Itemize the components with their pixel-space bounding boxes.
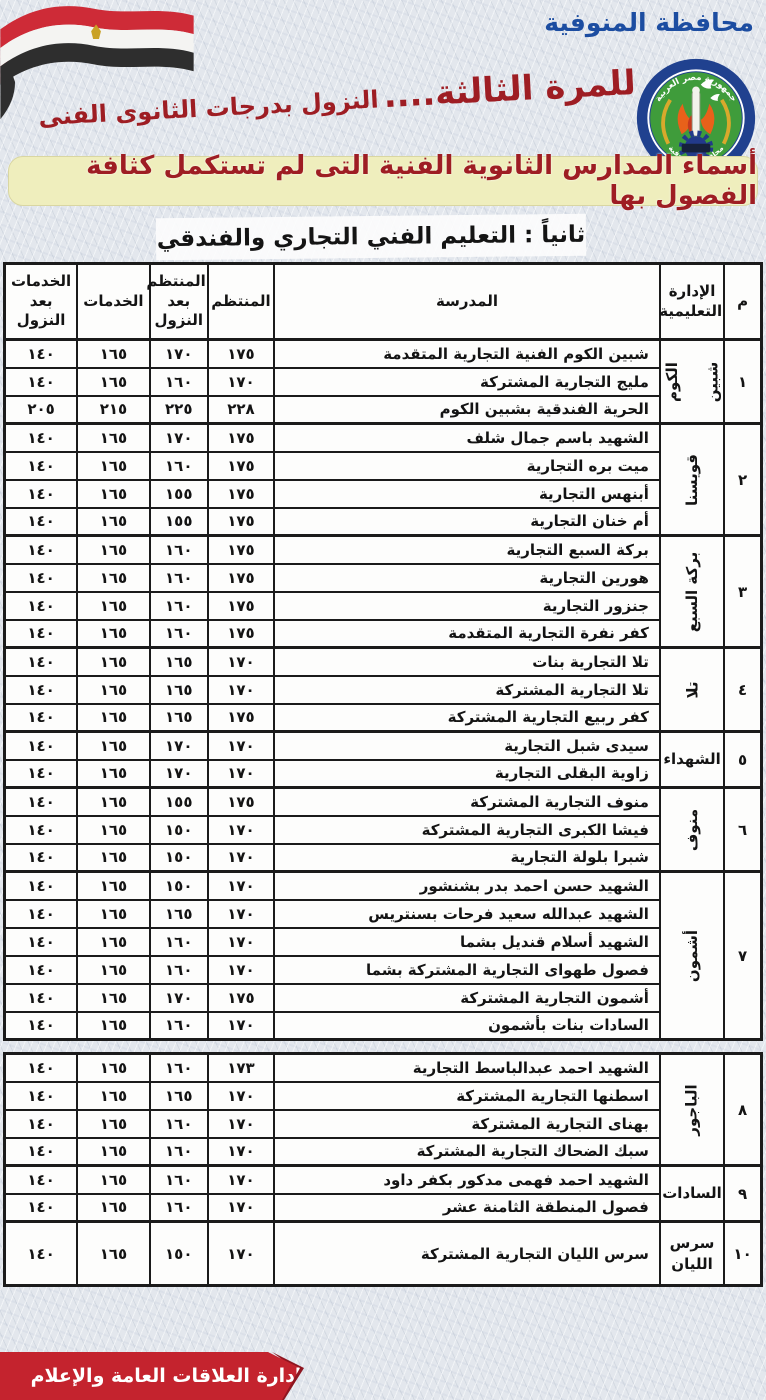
headline-main: للمرة الثالثة....	[382, 63, 636, 116]
schools-table-block-1: م الإدارة التعليمية المدرسة المنتظم المن…	[3, 262, 763, 1041]
table-row: فصول المنطقة الثامنة عشر١٧٠١٦٠١٦٥١٤٠	[5, 1194, 762, 1222]
services-after-cell: ١٤٠	[5, 648, 78, 676]
services-cell: ١٦٥	[77, 452, 150, 480]
regular-cell: ١٧٥	[208, 788, 274, 816]
admin-label: الباجور	[661, 1055, 723, 1164]
admin-label: منوف	[661, 789, 723, 870]
regular-after-cell: ١٦٥	[150, 704, 208, 732]
regular-after-cell: ١٦٠	[150, 1110, 208, 1138]
table-row: كفر نفرة التجارية المتقدمة١٧٥١٦٠١٦٥١٤٠	[5, 620, 762, 648]
services-after-cell: ١٤٠	[5, 1110, 78, 1138]
school-cell: سيدى شبل التجارية	[274, 732, 660, 760]
row-number-cell: ٢	[724, 424, 761, 536]
regular-after-cell: ١٦٠	[150, 452, 208, 480]
regular-cell: ١٧٥	[208, 704, 274, 732]
services-cell: ١٦٥	[77, 704, 150, 732]
regular-after-cell: ١٥٠	[150, 844, 208, 872]
regular-cell: ١٧٠	[208, 676, 274, 704]
regular-after-cell: ١٦٠	[150, 1194, 208, 1222]
services-cell: ١٦٥	[77, 1054, 150, 1082]
services-after-cell: ١٤٠	[5, 1222, 78, 1286]
table-row: شبرا بلولة التجارية١٧٠١٥٠١٦٥١٤٠	[5, 844, 762, 872]
regular-cell: ١٧٠	[208, 816, 274, 844]
admin-label-text: الباجور	[683, 1084, 701, 1135]
admin-label: سرسالليان	[661, 1223, 723, 1284]
regular-cell: ١٧٥	[208, 508, 274, 536]
services-cell: ١٦٥	[77, 424, 150, 452]
services-after-cell: ١٤٠	[5, 984, 78, 1012]
services-after-cell: ١٤٠	[5, 620, 78, 648]
schools-tables: م الإدارة التعليمية المدرسة المنتظم المن…	[3, 262, 763, 1287]
row-number-cell: ٦	[724, 788, 761, 872]
services-cell: ١٦٥	[77, 1082, 150, 1110]
table-row: ٩الساداتالشهيد احمد فهمى مدكور بكفر داود…	[5, 1166, 762, 1194]
schools-table-block-2: ٨الباجورالشهيد احمد عبدالباسط التجارية١٧…	[3, 1052, 763, 1287]
regular-after-cell: ١٦٥	[150, 676, 208, 704]
school-cell: الشهيد حسن احمد بدر بشنشور	[274, 872, 660, 900]
regular-cell: ١٧٥	[208, 984, 274, 1012]
table-row: أم خنان التجارية١٧٥١٥٥١٦٥١٤٠	[5, 508, 762, 536]
school-cell: بهناى التجارية المشتركة	[274, 1110, 660, 1138]
regular-after-cell: ١٦٥	[150, 900, 208, 928]
table-row: هورين التجارية١٧٥١٦٠١٦٥١٤٠	[5, 564, 762, 592]
table-header-row: م الإدارة التعليمية المدرسة المنتظم المن…	[5, 264, 762, 340]
admin-label: قويسنا	[661, 425, 723, 534]
regular-cell: ١٧٥	[208, 620, 274, 648]
admin-cell: السادات	[660, 1166, 724, 1222]
regular-after-cell: ١٦٠	[150, 368, 208, 396]
school-cell: الشهيد أسلام قنديل بشما	[274, 928, 660, 956]
row-number-cell: ٥	[724, 732, 761, 788]
admin-label-text: الكوم	[663, 362, 681, 402]
admin-label-line: الباجور	[666, 1101, 717, 1119]
services-cell: ١٦٥	[77, 872, 150, 900]
row-number-cell: ٨	[724, 1054, 761, 1166]
school-cell: أشمون التجارية المشتركة	[274, 984, 660, 1012]
regular-after-cell: ١٦٠	[150, 564, 208, 592]
services-after-cell: ١٤٠	[5, 1194, 78, 1222]
table-row: ١٠سرسالليانسرس الليان التجارية المشتركة١…	[5, 1222, 762, 1286]
headline-sub: النزول بدرجات الثانوى الفنى	[38, 85, 380, 131]
table-row: مليج التجارية المشتركة١٧٠١٦٠١٦٥١٤٠	[5, 368, 762, 396]
services-after-cell: ١٤٠	[5, 1012, 78, 1040]
services-cell: ١٦٥	[77, 1194, 150, 1222]
regular-cell: ٢٢٨	[208, 396, 274, 424]
regular-after-cell: ١٥٠	[150, 872, 208, 900]
regular-cell: ١٧٠	[208, 732, 274, 760]
regular-cell: ١٧٠	[208, 928, 274, 956]
regular-cell: ١٧٠	[208, 1166, 274, 1194]
table-row: تلا التجارية المشتركة١٧٠١٦٥١٦٥١٤٠	[5, 676, 762, 704]
services-after-cell: ١٤٠	[5, 844, 78, 872]
regular-cell: ١٧٠	[208, 872, 274, 900]
section-title: ثانياً : التعليم الفني التجاري والفندقي	[156, 214, 586, 261]
services-cell: ١٦٥	[77, 984, 150, 1012]
admin-label-line: أشمون	[666, 947, 718, 965]
regular-cell: ١٧٥	[208, 340, 274, 368]
services-after-cell: ٢٠٥	[5, 396, 78, 424]
regular-after-cell: ١٥٠	[150, 1222, 208, 1286]
school-cell: جنزور التجارية	[274, 592, 660, 620]
services-cell: ١٦٥	[77, 564, 150, 592]
admin-label-line: بركة السبع	[652, 583, 732, 601]
services-after-cell: ١٤٠	[5, 368, 78, 396]
admin-label-line: قويسنا	[666, 471, 718, 489]
services-after-cell: ١٤٠	[5, 1166, 78, 1194]
school-cell: الشهيد احمد عبدالباسط التجارية	[274, 1054, 660, 1082]
school-cell: تلا التجارية بنات	[274, 648, 660, 676]
services-cell: ١٦٥	[77, 1138, 150, 1166]
regular-after-cell: ١٦٠	[150, 1166, 208, 1194]
services-after-cell: ١٤٠	[5, 704, 78, 732]
regular-after-cell: ١٦٠	[150, 956, 208, 984]
services-after-cell: ١٤٠	[5, 732, 78, 760]
services-after-cell: ١٤٠	[5, 480, 78, 508]
table-row: الشهيد أسلام قنديل بشما١٧٠١٦٠١٦٥١٤٠	[5, 928, 762, 956]
table-row: ٨الباجورالشهيد احمد عبدالباسط التجارية١٧…	[5, 1054, 762, 1082]
services-cell: ١٦٥	[77, 676, 150, 704]
regular-after-cell: ١٧٠	[150, 424, 208, 452]
school-cell: كفر ربيع التجارية المشتركة	[274, 704, 660, 732]
header-regular: المنتظم	[208, 264, 274, 340]
admin-label: شبينالكوم	[661, 341, 723, 422]
regular-after-cell: ١٥٥	[150, 480, 208, 508]
services-after-cell: ١٤٠	[5, 452, 78, 480]
services-after-cell: ١٤٠	[5, 956, 78, 984]
services-cell: ١٦٥	[77, 1110, 150, 1138]
banner: أسماء المدارس الثانوية الفنية التى لم تس…	[8, 156, 758, 206]
table-row: بهناى التجارية المشتركة١٧٠١٦٠١٦٥١٤٠	[5, 1110, 762, 1138]
services-after-cell: ١٤٠	[5, 816, 78, 844]
regular-after-cell: ١٥٥	[150, 788, 208, 816]
regular-after-cell: ١٥٠	[150, 816, 208, 844]
school-cell: فيشا الكبرى التجارية المشتركة	[274, 816, 660, 844]
services-cell: ١٦٥	[77, 1222, 150, 1286]
regular-cell: ١٧٥	[208, 536, 274, 564]
regular-cell: ١٧٣	[208, 1054, 274, 1082]
admin-label-text: أشمون	[683, 929, 701, 981]
services-cell: ١٦٥	[77, 1166, 150, 1194]
services-after-cell: ١٤٠	[5, 928, 78, 956]
admin-cell: شبينالكوم	[660, 340, 724, 424]
services-cell: ١٦٥	[77, 620, 150, 648]
regular-cell: ١٧٠	[208, 1082, 274, 1110]
admin-label-text: تلا	[683, 681, 701, 698]
regular-after-cell: ٢٢٥	[150, 396, 208, 424]
admin-label-line: سرس	[670, 1233, 715, 1253]
regular-after-cell: ١٧٠	[150, 984, 208, 1012]
admin-label: بركة السبع	[661, 537, 723, 646]
table-row: الحرية الفندقية بشبين الكوم٢٢٨٢٢٥٢١٥٢٠٥	[5, 396, 762, 424]
regular-cell: ١٧٥	[208, 480, 274, 508]
regular-cell: ١٧٠	[208, 1194, 274, 1222]
school-cell: الشهيد باسم جمال شلف	[274, 424, 660, 452]
regular-after-cell: ١٦٥	[150, 648, 208, 676]
services-cell: ١٦٥	[77, 648, 150, 676]
admin-label: السادات	[661, 1167, 723, 1220]
services-cell: ١٦٥	[77, 760, 150, 788]
regular-cell: ١٧٠	[208, 956, 274, 984]
services-cell: ١٦٥	[77, 508, 150, 536]
regular-after-cell: ١٦٠	[150, 620, 208, 648]
regular-after-cell: ١٧٠	[150, 340, 208, 368]
admin-cell: أشمون	[660, 872, 724, 1040]
table-row: زاوية البقلى التجارية١٧٠١٧٠١٦٥١٤٠	[5, 760, 762, 788]
regular-cell: ١٧٠	[208, 648, 274, 676]
school-cell: كفر نفرة التجارية المتقدمة	[274, 620, 660, 648]
school-cell: اسطنها التجارية المشتركة	[274, 1082, 660, 1110]
table-row: ميت بره التجارية١٧٥١٦٠١٦٥١٤٠	[5, 452, 762, 480]
admin-label: الشهداء	[661, 733, 723, 786]
regular-after-cell: ١٥٥	[150, 508, 208, 536]
table-row: كفر ربيع التجارية المشتركة١٧٥١٦٥١٦٥١٤٠	[5, 704, 762, 732]
school-cell: أم خنان التجارية	[274, 508, 660, 536]
admin-cell: سرسالليان	[660, 1222, 724, 1286]
admin-cell: الباجور	[660, 1054, 724, 1166]
admin-cell: بركة السبع	[660, 536, 724, 648]
services-cell: ١٦٥	[77, 340, 150, 368]
services-after-cell: ١٤٠	[5, 536, 78, 564]
header-school: المدرسة	[274, 264, 660, 340]
row-number-cell: ٩	[724, 1166, 761, 1222]
header-admin: الإدارة التعليمية	[660, 264, 724, 340]
admin-label-line: شبين	[692, 373, 733, 391]
school-cell: الشهيد احمد فهمى مدكور بكفر داود	[274, 1166, 660, 1194]
regular-after-cell: ١٦٥	[150, 1082, 208, 1110]
services-after-cell: ١٤٠	[5, 760, 78, 788]
services-after-cell: ١٤٠	[5, 424, 78, 452]
admin-label-text: منوف	[683, 808, 701, 850]
regular-after-cell: ١٦٠	[150, 536, 208, 564]
regular-cell: ١٧٥	[208, 452, 274, 480]
header-services: الخدمات	[77, 264, 150, 340]
table-row: فصول طهواى التجارية المشتركة بشما١٧٠١٦٠١…	[5, 956, 762, 984]
table-row: ٤تلاتلا التجارية بنات١٧٠١٦٥١٦٥١٤٠	[5, 648, 762, 676]
regular-after-cell: ١٦٠	[150, 1138, 208, 1166]
admin-cell: الشهداء	[660, 732, 724, 788]
table-row: ٣بركة السبعبركة السبع التجارية١٧٥١٦٠١٦٥١…	[5, 536, 762, 564]
table-row: أبنهس التجارية١٧٥١٥٥١٦٥١٤٠	[5, 480, 762, 508]
school-cell: شبين الكوم الفنية التجارية المتقدمة	[274, 340, 660, 368]
services-cell: ١٦٥	[77, 816, 150, 844]
school-cell: بركة السبع التجارية	[274, 536, 660, 564]
services-after-cell: ١٤٠	[5, 1138, 78, 1166]
row-number-cell: ٤	[724, 648, 761, 732]
school-cell: سبك الضحاك التجارية المشتركة	[274, 1138, 660, 1166]
services-after-cell: ١٤٠	[5, 592, 78, 620]
regular-cell: ١٧٠	[208, 1110, 274, 1138]
services-after-cell: ١٤٠	[5, 788, 78, 816]
footer-ribbon: إدارة العلاقات العامة والإعلام	[0, 1352, 302, 1400]
regular-after-cell: ١٦٠	[150, 928, 208, 956]
admin-label-line: الليان	[671, 1254, 712, 1274]
school-cell: الحرية الفندقية بشبين الكوم	[274, 396, 660, 424]
services-cell: ١٦٥	[77, 536, 150, 564]
admin-label: أشمون	[661, 873, 723, 1038]
row-number-cell: ١٠	[724, 1222, 761, 1286]
table-row: فيشا الكبرى التجارية المشتركة١٧٠١٥٠١٦٥١٤…	[5, 816, 762, 844]
services-after-cell: ١٤٠	[5, 872, 78, 900]
regular-cell: ١٧٥	[208, 424, 274, 452]
admin-label-line: تلا	[682, 681, 702, 699]
table-row: ٥الشهداءسيدى شبل التجارية١٧٠١٧٠١٦٥١٤٠	[5, 732, 762, 760]
services-cell: ١٦٥	[77, 592, 150, 620]
regular-cell: ١٧٥	[208, 564, 274, 592]
row-number-cell: ٧	[724, 872, 761, 1040]
admin-cell: قويسنا	[660, 424, 724, 536]
table-row: سبك الضحاك التجارية المشتركة١٧٠١٦٠١٦٥١٤٠	[5, 1138, 762, 1166]
header-regular-after: المنتظم بعد النزول	[150, 264, 208, 340]
admin-label-text: قويسنا	[683, 454, 701, 506]
services-cell: ١٦٥	[77, 928, 150, 956]
services-cell: ١٦٥	[77, 1012, 150, 1040]
table-row: ٧أشمونالشهيد حسن احمد بدر بشنشور١٧٠١٥٠١٦…	[5, 872, 762, 900]
school-cell: هورين التجارية	[274, 564, 660, 592]
regular-after-cell: ١٦٠	[150, 592, 208, 620]
header-num: م	[724, 264, 761, 340]
regular-after-cell: ١٦٠	[150, 1054, 208, 1082]
school-cell: الشهيد عبدالله سعيد فرحات بسنتريس	[274, 900, 660, 928]
table-row: أشمون التجارية المشتركة١٧٥١٧٠١٦٥١٤٠	[5, 984, 762, 1012]
school-cell: أبنهس التجارية	[274, 480, 660, 508]
services-after-cell: ١٤٠	[5, 676, 78, 704]
headline: للمرة الثالثة.... النزول بدرجات الثانوى …	[135, 63, 636, 129]
school-cell: زاوية البقلى التجارية	[274, 760, 660, 788]
regular-cell: ١٧٠	[208, 760, 274, 788]
regular-cell: ١٧٠	[208, 1138, 274, 1166]
services-cell: ١٦٥	[77, 844, 150, 872]
services-after-cell: ١٤٠	[5, 340, 78, 368]
school-cell: شبرا بلولة التجارية	[274, 844, 660, 872]
table-row: جنزور التجارية١٧٥١٦٠١٦٥١٤٠	[5, 592, 762, 620]
school-cell: تلا التجارية المشتركة	[274, 676, 660, 704]
table-row: السادات بنات بأشمون١٧٠١٦٠١٦٥١٤٠	[5, 1012, 762, 1040]
regular-cell: ١٧٠	[208, 900, 274, 928]
governorate-title: محافظة المنوفية	[544, 8, 754, 37]
regular-cell: ١٧٠	[208, 844, 274, 872]
table-row: ٢قويسناالشهيد باسم جمال شلف١٧٥١٧٠١٦٥١٤٠	[5, 424, 762, 452]
school-cell: ميت بره التجارية	[274, 452, 660, 480]
services-cell: ١٦٥	[77, 480, 150, 508]
services-cell: ١٦٥	[77, 732, 150, 760]
services-after-cell: ١٤٠	[5, 1082, 78, 1110]
services-after-cell: ١٤٠	[5, 564, 78, 592]
admin-label-line: الكوم	[652, 373, 692, 391]
admin-label-text: شبين	[703, 361, 721, 402]
table-row: ١شبينالكومشبين الكوم الفنية التجارية الم…	[5, 340, 762, 368]
regular-cell: ١٧٠	[208, 1012, 274, 1040]
table-row: الشهيد عبدالله سعيد فرحات بسنتريس١٧٠١٦٥١…	[5, 900, 762, 928]
services-after-cell: ١٤٠	[5, 1054, 78, 1082]
regular-after-cell: ١٧٠	[150, 760, 208, 788]
table-row: اسطنها التجارية المشتركة١٧٠١٦٥١٦٥١٤٠	[5, 1082, 762, 1110]
school-cell: مليج التجارية المشتركة	[274, 368, 660, 396]
school-cell: منوف التجارية المشتركة	[274, 788, 660, 816]
admin-label-line: منوف	[671, 821, 713, 839]
admin-cell: تلا	[660, 648, 724, 732]
school-cell: السادات بنات بأشمون	[274, 1012, 660, 1040]
services-cell: ١٦٥	[77, 788, 150, 816]
school-cell: فصول المنطقة الثامنة عشر	[274, 1194, 660, 1222]
monument-icon	[692, 90, 700, 136]
services-cell: ١٦٥	[77, 900, 150, 928]
regular-cell: ١٧٠	[208, 368, 274, 396]
services-after-cell: ١٤٠	[5, 508, 78, 536]
school-cell: فصول طهواى التجارية المشتركة بشما	[274, 956, 660, 984]
document-page: محافظة المنوفية جمهورية مصر العربية محاف…	[0, 0, 766, 1400]
school-cell: سرس الليان التجارية المشتركة	[274, 1222, 660, 1286]
regular-after-cell: ١٦٠	[150, 1012, 208, 1040]
services-cell: ١٦٥	[77, 368, 150, 396]
services-cell: ١٦٥	[77, 956, 150, 984]
admin-cell: منوف	[660, 788, 724, 872]
services-after-cell: ١٤٠	[5, 900, 78, 928]
header-services-after: الخدمات بعد النزول	[5, 264, 78, 340]
admin-label-line: الشهداء	[663, 749, 720, 769]
regular-cell: ١٧٠	[208, 1222, 274, 1286]
regular-cell: ١٧٥	[208, 592, 274, 620]
regular-after-cell: ١٧٠	[150, 732, 208, 760]
admin-label: تلا	[661, 649, 723, 730]
services-cell: ٢١٥	[77, 396, 150, 424]
admin-label-line: السادات	[662, 1183, 722, 1203]
table-row: ٦منوفمنوف التجارية المشتركة١٧٥١٥٥١٦٥١٤٠	[5, 788, 762, 816]
admin-label-text: بركة السبع	[683, 551, 701, 631]
